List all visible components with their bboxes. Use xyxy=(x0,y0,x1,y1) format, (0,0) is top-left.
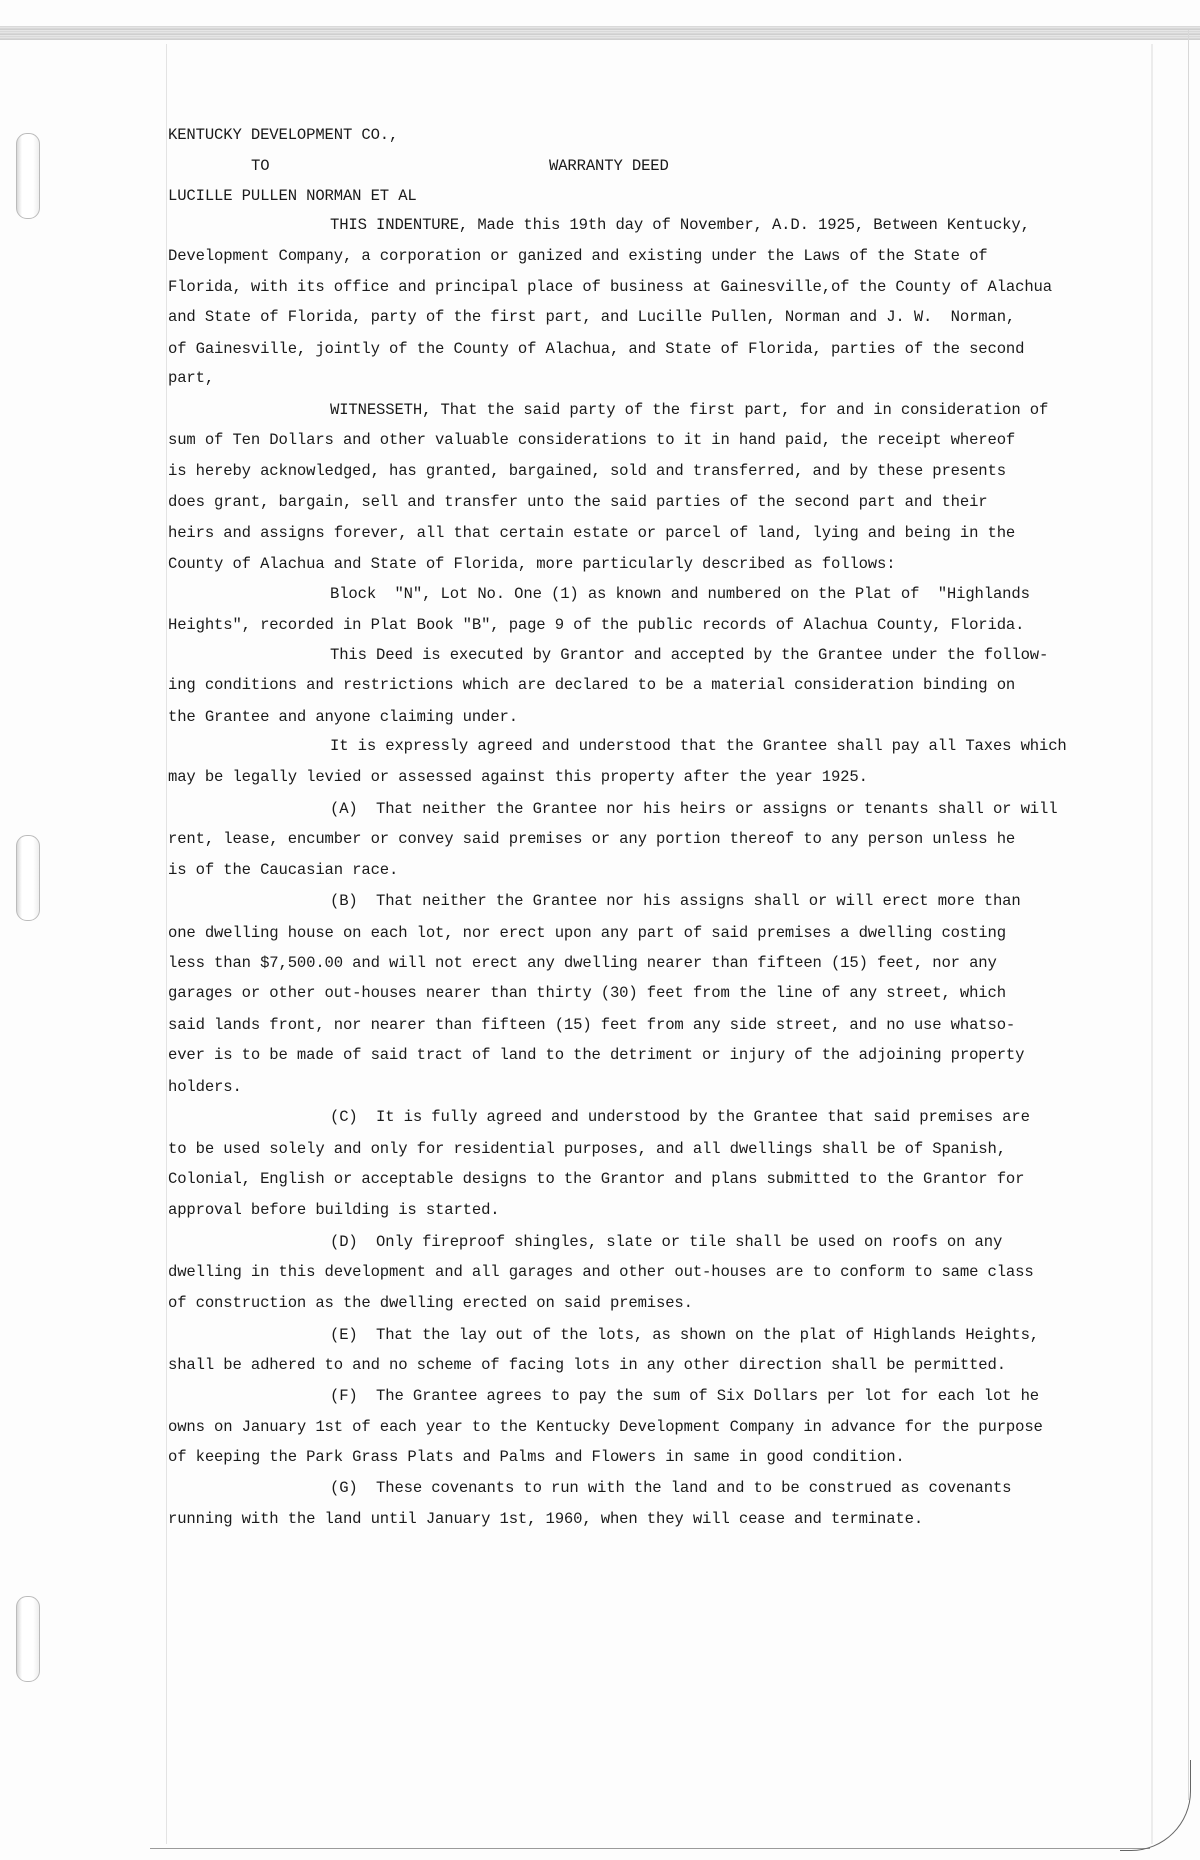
text-line: approval before building is started. xyxy=(168,1201,499,1219)
grantor-name: KENTUCKY DEVELOPMENT CO., xyxy=(168,126,398,144)
text-line: less than $7,500.00 and will not erect a… xyxy=(168,954,997,972)
text-line: does grant, bargain, sell and transfer u… xyxy=(168,493,988,511)
to-label: TO xyxy=(251,157,269,175)
text-line: may be legally levied or assessed agains… xyxy=(168,768,868,786)
text-line: one dwelling house on each lot, nor erec… xyxy=(168,924,1006,942)
text-line: dwelling in this development and all gar… xyxy=(168,1263,1034,1281)
paragraph-first-line: (F) The Grantee agrees to pay the sum of… xyxy=(168,1387,1039,1405)
text-line: and State of Florida, party of the first… xyxy=(168,308,1015,326)
paragraph-first-line: (B) That neither the Grantee nor his ass… xyxy=(168,892,1021,910)
bottom-page-edge xyxy=(150,1848,1150,1849)
text-line: is hereby acknowledged, has granted, bar… xyxy=(168,462,1006,480)
text-line: ever is to be made of said tract of land… xyxy=(168,1046,1024,1064)
document-title: WARRANTY DEED xyxy=(549,157,669,175)
text-line: Colonial, English or acceptable designs … xyxy=(168,1170,1024,1188)
right-margin-line xyxy=(1151,44,1153,1844)
text-line: of keeping the Park Grass Plats and Palm… xyxy=(168,1448,905,1466)
text-line: owns on January 1st of each year to the … xyxy=(168,1418,1043,1436)
text-line: is of the Caucasian race. xyxy=(168,861,398,879)
text-line: to be used solely and only for residenti… xyxy=(168,1140,1006,1158)
text-line: heirs and assigns forever, all that cert… xyxy=(168,524,1015,542)
page-corner-curl xyxy=(1120,1760,1191,1851)
text-line: running with the land until January 1st,… xyxy=(168,1510,923,1528)
text-line: part, xyxy=(168,369,214,387)
paragraph-first-line: It is expressly agreed and understood th… xyxy=(168,737,1067,755)
text-line: the Grantee and anyone claiming under. xyxy=(168,708,518,726)
text-line: Florida, with its office and principal p… xyxy=(168,278,1052,296)
text-line: sum of Ten Dollars and other valuable co… xyxy=(168,431,1015,449)
paragraph-first-line: (A) That neither the Grantee nor his hei… xyxy=(168,800,1057,818)
left-margin-line xyxy=(166,44,167,1844)
text-line: Heights", recorded in Plat Book "B", pag… xyxy=(168,616,1024,634)
text-line: said lands front, nor nearer than fiftee… xyxy=(168,1016,1015,1034)
binder-hole-icon xyxy=(16,835,40,921)
paragraph-first-line: (D) Only fireproof shingles, slate or ti… xyxy=(168,1233,1002,1251)
binder-hole-icon xyxy=(16,1596,40,1682)
paragraph-first-line: (C) It is fully agreed and understood by… xyxy=(168,1108,1030,1126)
text-line: Development Company, a corporation or ga… xyxy=(168,247,988,265)
text-line: County of Alachua and State of Florida, … xyxy=(168,555,895,573)
page-edge-line xyxy=(1188,30,1189,1800)
paragraph-first-line: THIS INDENTURE, Made this 19th day of No… xyxy=(168,216,1030,234)
paragraph-first-line: (G) These covenants to run with the land… xyxy=(168,1479,1011,1497)
paragraph-first-line: Block "N", Lot No. One (1) as known and … xyxy=(168,585,1030,603)
binder-hole-icon xyxy=(16,133,40,219)
grantee-name: LUCILLE PULLEN NORMAN ET AL xyxy=(168,187,417,205)
text-line: of construction as the dwelling erected … xyxy=(168,1294,693,1312)
text-line: shall be adhered to and no scheme of fac… xyxy=(168,1356,1006,1374)
paragraph-first-line: WITNESSETH, That the said party of the f… xyxy=(168,401,1048,419)
paragraph-first-line: (E) That the lay out of the lots, as sho… xyxy=(168,1326,1039,1344)
paragraph-first-line: This Deed is executed by Grantor and acc… xyxy=(168,646,1048,664)
text-line: ing conditions and restrictions which ar… xyxy=(168,676,1015,694)
document-page: KENTUCKY DEVELOPMENT CO., TO WARRANTY DE… xyxy=(0,0,1200,1860)
top-border-rule xyxy=(0,26,1200,40)
text-line: garages or other out-houses nearer than … xyxy=(168,984,1006,1002)
text-line: of Gainesville, jointly of the County of… xyxy=(168,340,1024,358)
text-line: holders. xyxy=(168,1078,242,1096)
text-line: rent, lease, encumber or convey said pre… xyxy=(168,830,1015,848)
